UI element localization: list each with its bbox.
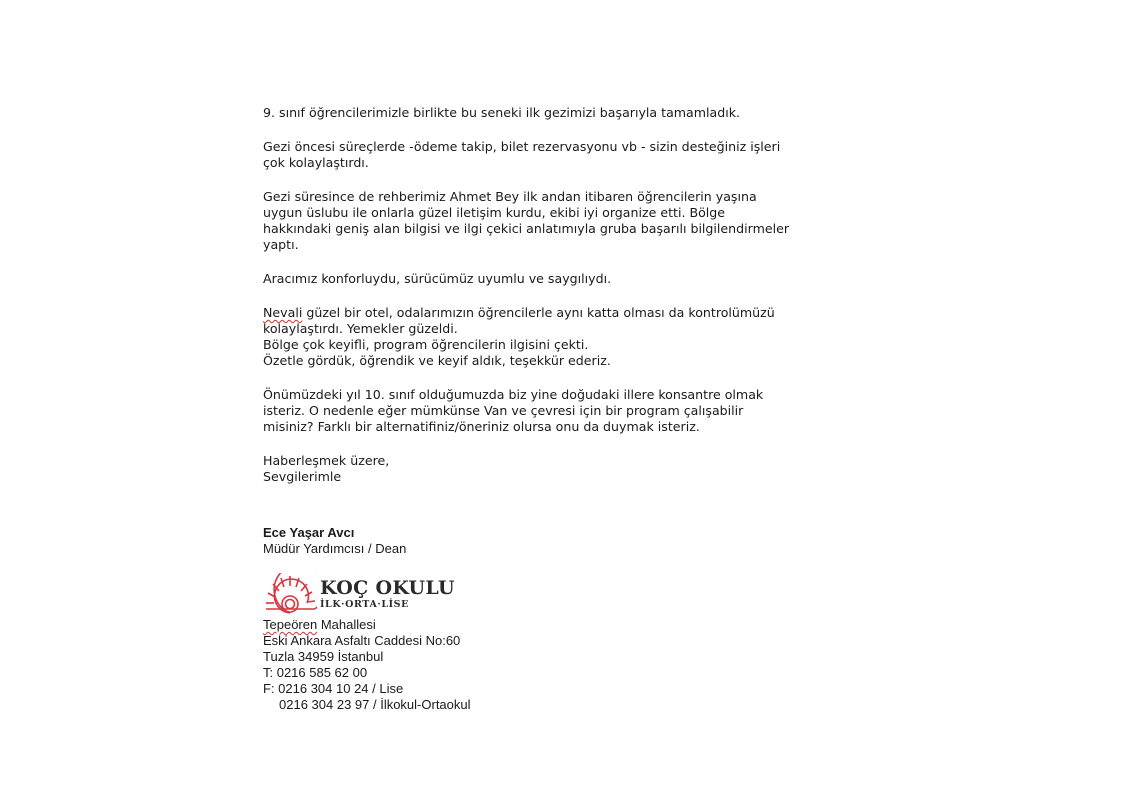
text-line: yaptı. <box>263 237 863 253</box>
paragraph-closing: Haberleşmek üzere, Sevgilerimle <box>263 453 863 485</box>
text-line: hakkındaki geniş alan bilgisi ve ilgi çe… <box>263 221 863 237</box>
address-line: Tuzla 34959 İstanbul <box>263 649 471 665</box>
logo-title: KOÇ OKULU <box>320 579 455 598</box>
logo-wordmark: KOÇ OKULU İLK·ORTA·LİSE <box>320 579 455 610</box>
logo-subtitle: İLK·ORTA·LİSE <box>320 600 455 610</box>
phone-number: T: 0216 585 62 00 <box>263 665 471 681</box>
text-line: Haberleşmek üzere, <box>263 453 863 469</box>
text-line: Aracımız konforluydu, sürücümüz uyumlu v… <box>263 271 863 287</box>
paragraph-pre-trip: Gezi öncesi süreçlerde -ödeme takip, bil… <box>263 139 863 171</box>
fax-number: 0216 304 23 97 / İlkokul-Ortaokul <box>263 697 471 713</box>
misspelled-word[interactable]: Nevali <box>263 305 302 320</box>
text-line: Gezi süresince de rehberimiz Ahmet Bey i… <box>263 189 863 205</box>
misspelled-word[interactable]: Tepeören <box>263 617 317 632</box>
text-line: isteriz. O nedenle eğer mümkünse Van ve … <box>263 403 863 419</box>
signer-name: Ece Yaşar Avcı <box>263 525 471 541</box>
text-line: Sevgilerimle <box>263 469 863 485</box>
signer-title: Müdür Yardımcısı / Dean <box>263 541 471 557</box>
paragraph-guide: Gezi süresince de rehberimiz Ahmet Bey i… <box>263 189 863 253</box>
text-fragment: Mahallesi <box>317 617 376 632</box>
text-line: Nevali güzel bir otel, odalarımızın öğre… <box>263 305 863 321</box>
text-line: Önümüzdeki yıl 10. sınıf olduğumuzda biz… <box>263 387 863 403</box>
text-line: uygun üslubu ile onlarla güzel iletişim … <box>263 205 863 221</box>
paragraph-hotel: Nevali güzel bir otel, odalarımızın öğre… <box>263 305 863 369</box>
school-address: Tepeören Mahallesi Eski Ankara Asfaltı C… <box>263 617 471 713</box>
text-line: misiniz? Farklı bir alternatifiniz/öneri… <box>263 419 863 435</box>
paragraph-intro: 9. sınıf öğrencilerimizle birlikte bu se… <box>263 105 863 121</box>
text-line: çok kolaylaştırdı. <box>263 155 863 171</box>
text-line: Bölge çok keyifli, program öğrencilerin … <box>263 337 863 353</box>
email-signature: Ece Yaşar Avcı Müdür Yardımcısı / Dean <box>263 525 471 713</box>
text-line: Özetle gördük, öğrendik ve keyif aldık, … <box>263 353 863 369</box>
school-logo: KOÇ OKULU İLK·ORTA·LİSE <box>263 573 471 615</box>
address-line: Eski Ankara Asfaltı Caddesi No:60 <box>263 633 471 649</box>
text-line: Gezi öncesi süreçlerde -ödeme takip, bil… <box>263 139 863 155</box>
address-line: Tepeören Mahallesi <box>263 617 471 633</box>
text-fragment: güzel bir otel, odalarımızın öğrencilerl… <box>302 305 774 320</box>
nautilus-staircase-logo-icon <box>263 573 317 615</box>
fax-number: F: 0216 304 10 24 / Lise <box>263 681 471 697</box>
text-line: 9. sınıf öğrencilerimizle birlikte bu se… <box>263 105 863 121</box>
paragraph-next-year: Önümüzdeki yıl 10. sınıf olduğumuzda biz… <box>263 387 863 435</box>
paragraph-vehicle: Aracımız konforluydu, sürücümüz uyumlu v… <box>263 271 863 287</box>
letter-body: 9. sınıf öğrencilerimizle birlikte bu se… <box>263 105 863 503</box>
text-line: kolaylaştırdı. Yemekler güzeldi. <box>263 321 863 337</box>
